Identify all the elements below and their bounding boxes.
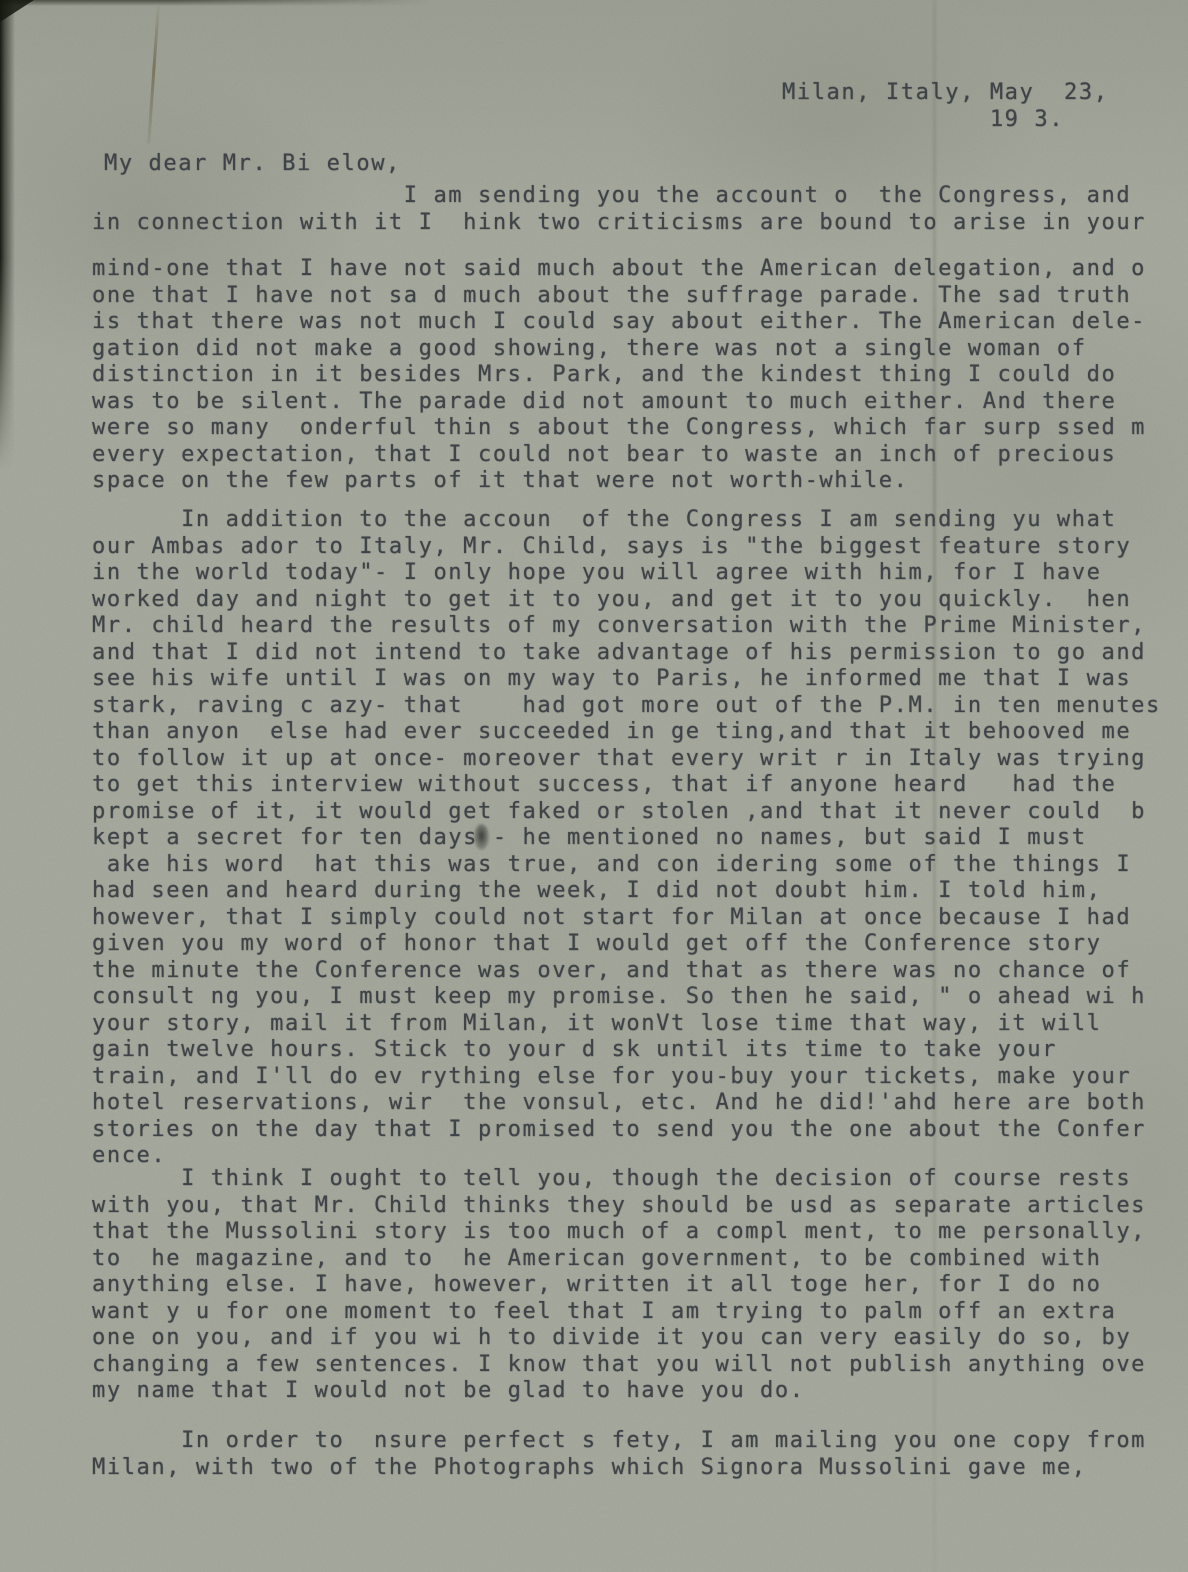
scan-edge-left xyxy=(0,0,16,470)
paragraph-2: mind-one that I have not said much about… xyxy=(92,256,1146,495)
scanned-letter: Milan, Italy, May 23, 19 3. My dear Mr. … xyxy=(0,0,1188,1572)
letter-scan-page: { "page": { "paper_color": "#a6a99d", "i… xyxy=(0,0,1188,1572)
paragraph-4: I think I ought to tell you, though the … xyxy=(92,1166,1146,1405)
dateline: Milan, Italy, May 23, 19 3. xyxy=(782,80,1109,133)
paragraph-5: In order to nsure perfect s fety, I am m… xyxy=(92,1428,1146,1481)
paragraph-3: In addition to the accoun of the Congres… xyxy=(92,507,1161,1170)
scan-edge-top xyxy=(0,0,430,6)
salutation: My dear Mr. Bi elow, xyxy=(104,151,401,178)
paragraph-1: I am sending you the account o the Congr… xyxy=(92,183,1146,236)
